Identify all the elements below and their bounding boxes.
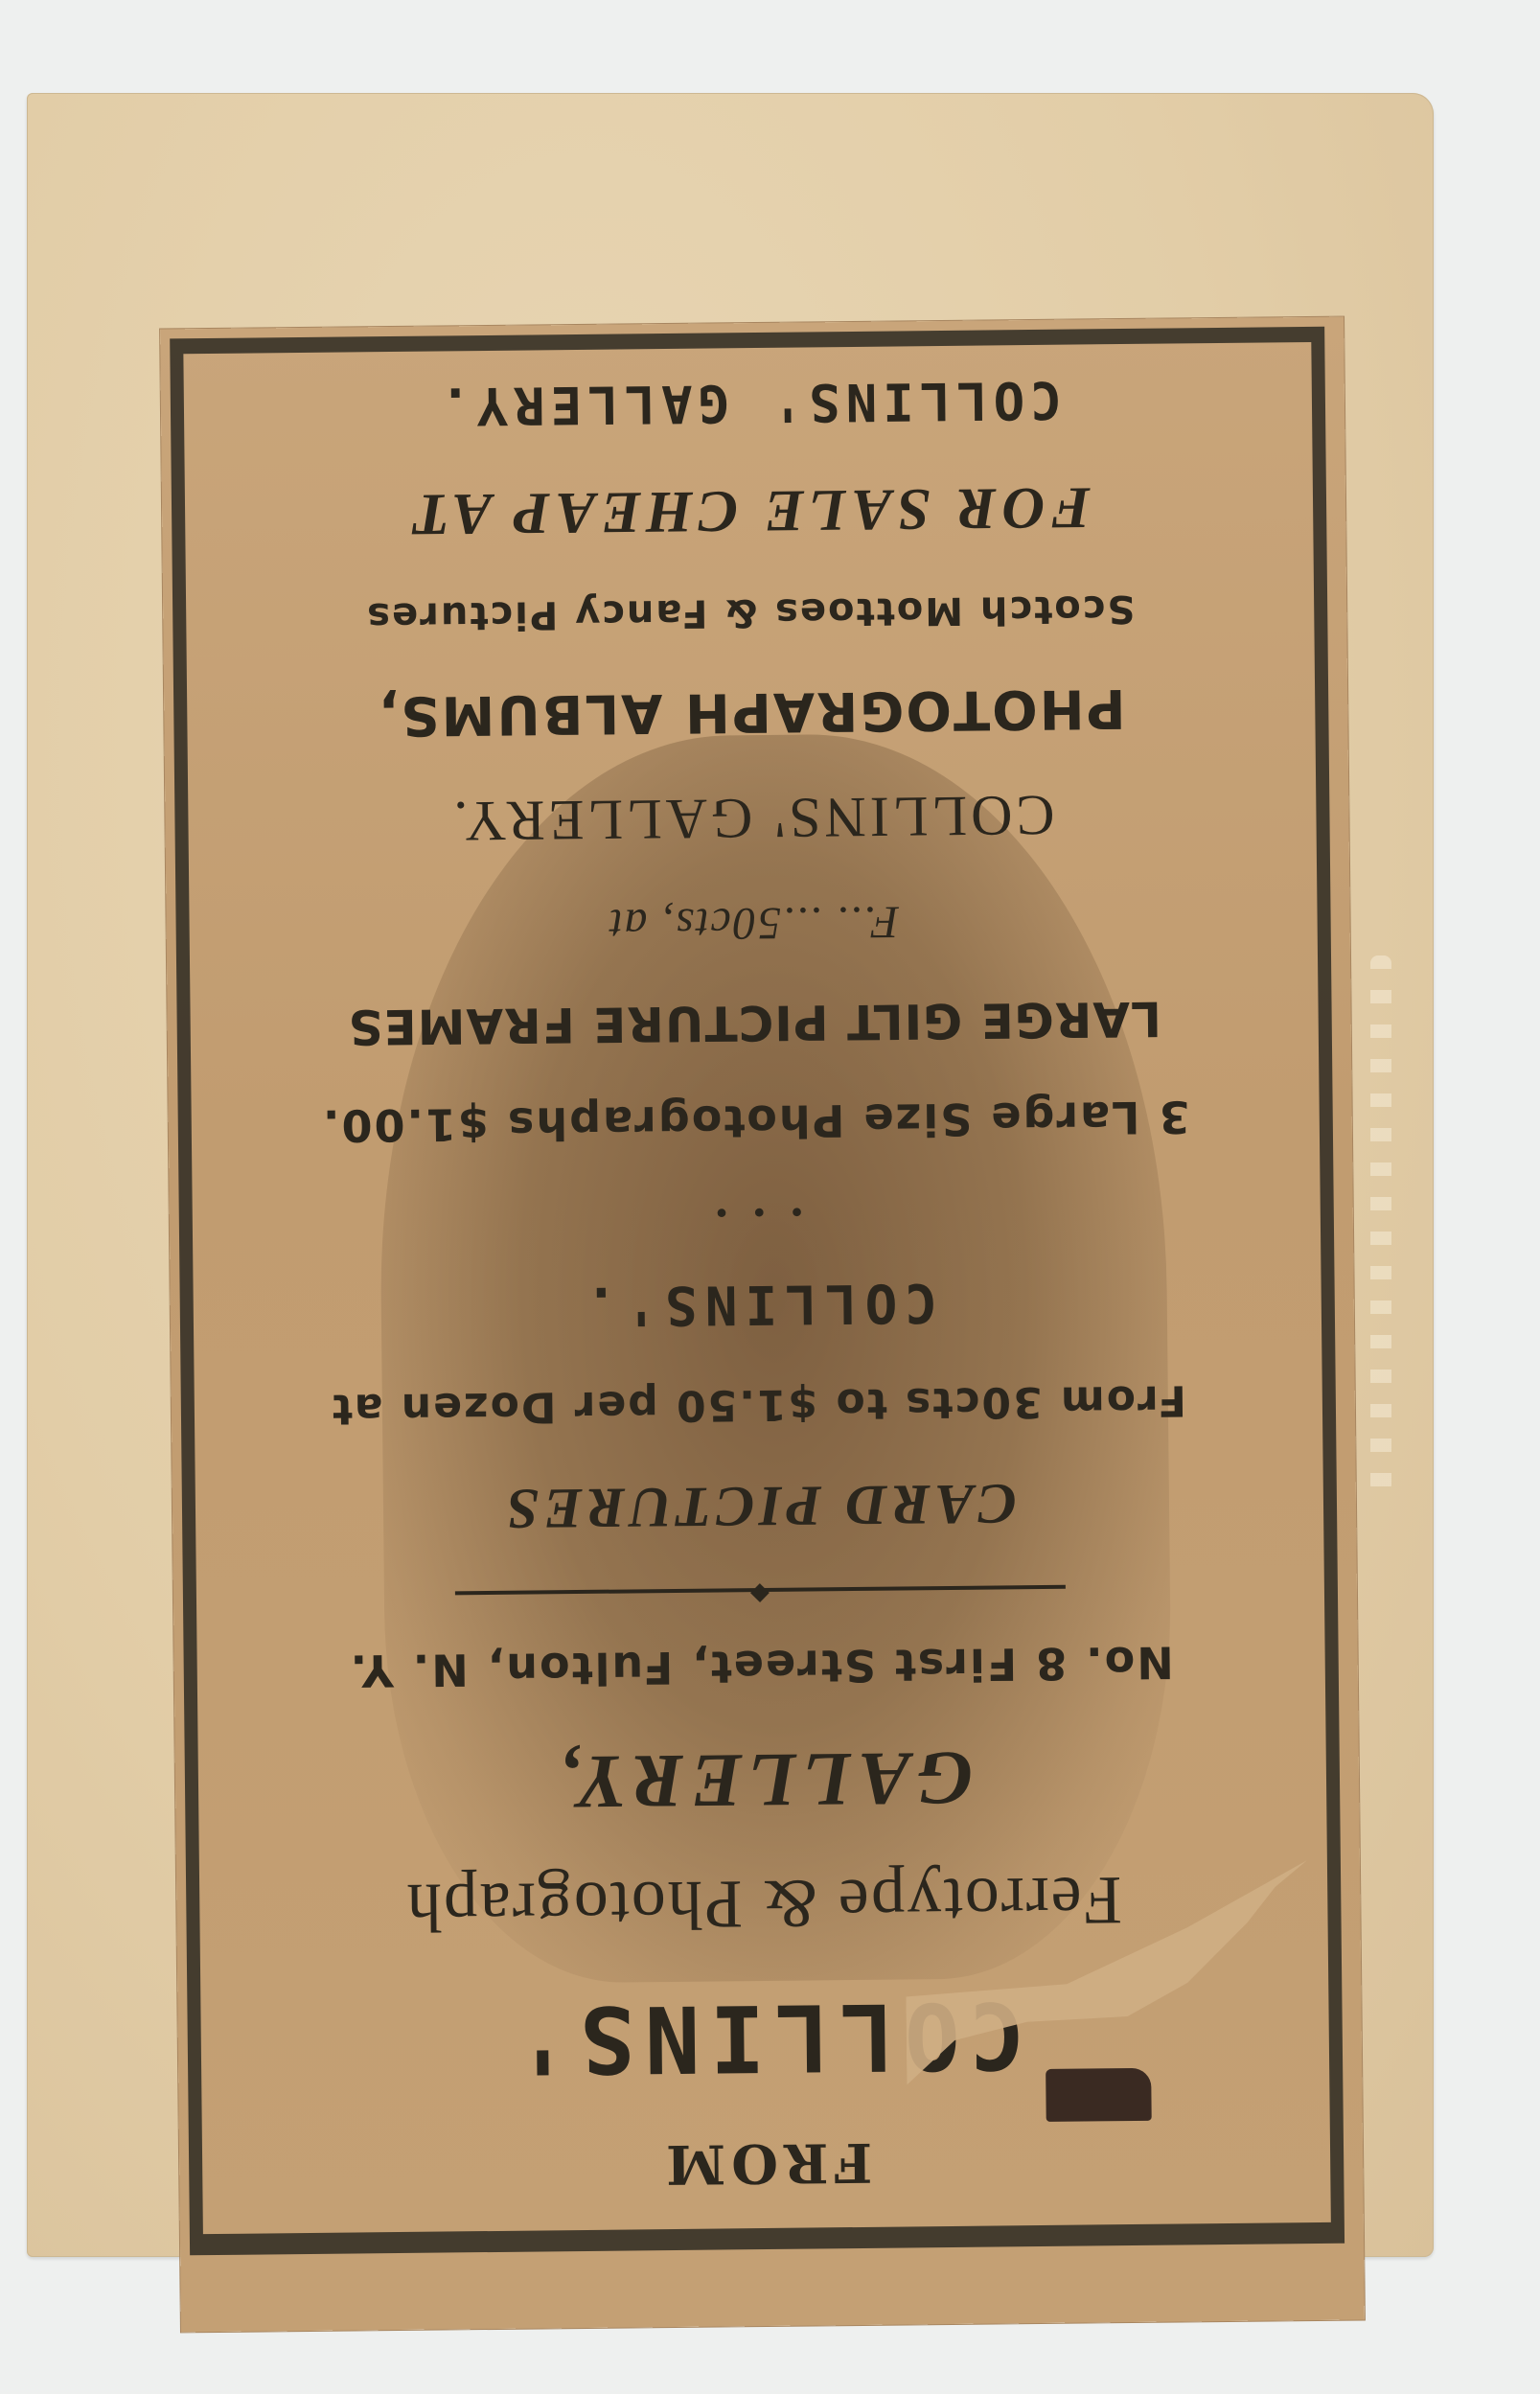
torn-dark-patch: [1046, 2068, 1152, 2122]
label-frames: LARGE GILT PICTURE FRAMES: [347, 995, 1161, 1051]
advertisement-label: FROM COLLINS' Ferrotype & Photograph GAL…: [160, 317, 1365, 2333]
label-card-pictures: CARD PICTURES: [502, 1475, 1017, 1538]
label-address: No. 8 First Street, Fulton, N. Y.: [348, 1640, 1174, 1692]
label-for-sale: FOR SALE CHEAP AT: [407, 477, 1091, 543]
carte-de-visite-card: FROM COLLINS' Ferrotype & Photograph GAL…: [27, 93, 1434, 2257]
label-price-dozen: From 30cts to $1.50 per Dozen at: [331, 1379, 1187, 1430]
label-collins-mid: COLLINS'.: [577, 1276, 937, 1333]
label-from: FROM: [660, 2135, 873, 2191]
label-albums: PHOTOGRAPH ALBUMS,: [377, 680, 1126, 742]
label-frames-price: F... ...50cts, at: [608, 899, 899, 948]
label-dots-ornament: • • •: [707, 1195, 805, 1225]
ornamental-divider: [455, 1585, 1065, 1596]
label-ferrotype: Ferrotype & Photograph: [405, 1866, 1123, 1943]
label-mottoes: Scotch Mottoes & Fancy Pictures: [365, 589, 1135, 635]
embossed-edge-mark: [1370, 955, 1391, 1492]
label-collins-gallery-2: COLLINS' GALLERY.: [449, 787, 1055, 851]
label-collins-gallery-3: COLLINS' GALLERY.: [434, 374, 1062, 432]
label-large-photos: 3 Large Size Photographs $1.00.: [321, 1094, 1190, 1147]
label-gallery: GALLERY,: [551, 1738, 973, 1820]
